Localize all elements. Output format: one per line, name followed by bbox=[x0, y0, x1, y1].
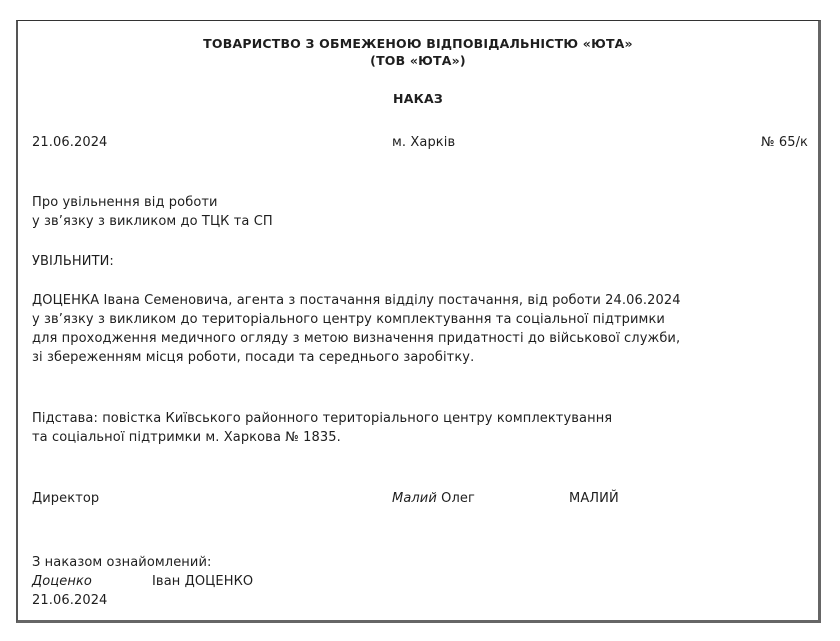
subject-line-1: Про увільнення від роботи bbox=[32, 193, 218, 212]
acknowledgement-date: 21.06.2024 bbox=[32, 591, 107, 610]
body-line-2: у зв’язку з викликом до територіального … bbox=[32, 310, 665, 329]
order-number: № 65/к bbox=[761, 133, 808, 152]
directive-label: УВІЛЬНИТИ: bbox=[32, 252, 114, 271]
signatory-signature: Малий Олег bbox=[392, 489, 475, 508]
order-document: ТОВАРИСТВО З ОБМЕЖЕНОЮ ВІДПОВІДАЛЬНІСТЮ … bbox=[16, 20, 821, 623]
subject-line-2: у зв’язку з викликом до ТЦК та СП bbox=[32, 212, 273, 231]
body-line-4: зі збереженням місця роботи, посади та с… bbox=[32, 348, 474, 367]
acknowledgement-name: Іван ДОЦЕНКО bbox=[152, 572, 253, 591]
signatory-surname: МАЛИЙ bbox=[569, 489, 619, 508]
basis-line-1: Підстава: повістка Київського районного … bbox=[32, 409, 612, 428]
company-short-name: (ТОВ «ЮТА») bbox=[18, 51, 818, 70]
acknowledgement-signature: Доценко bbox=[32, 572, 92, 591]
acknowledgement-label: З наказом ознайомлений: bbox=[32, 553, 211, 572]
signatory-position: Директор bbox=[32, 489, 99, 508]
handwritten-signature: Малий bbox=[392, 491, 437, 506]
body-line-1: ДОЦЕНКА Івана Семеновича, агента з поста… bbox=[32, 291, 681, 310]
body-line-3: для проходження медичного огляду з метою… bbox=[32, 329, 680, 348]
document-type-title: НАКАЗ bbox=[18, 89, 818, 108]
order-date: 21.06.2024 bbox=[32, 133, 107, 152]
basis-line-2: та соціальної підтримки м. Харкова № 183… bbox=[32, 428, 341, 447]
order-city: м. Харків bbox=[392, 133, 455, 152]
signatory-first-name: Олег bbox=[441, 491, 475, 506]
